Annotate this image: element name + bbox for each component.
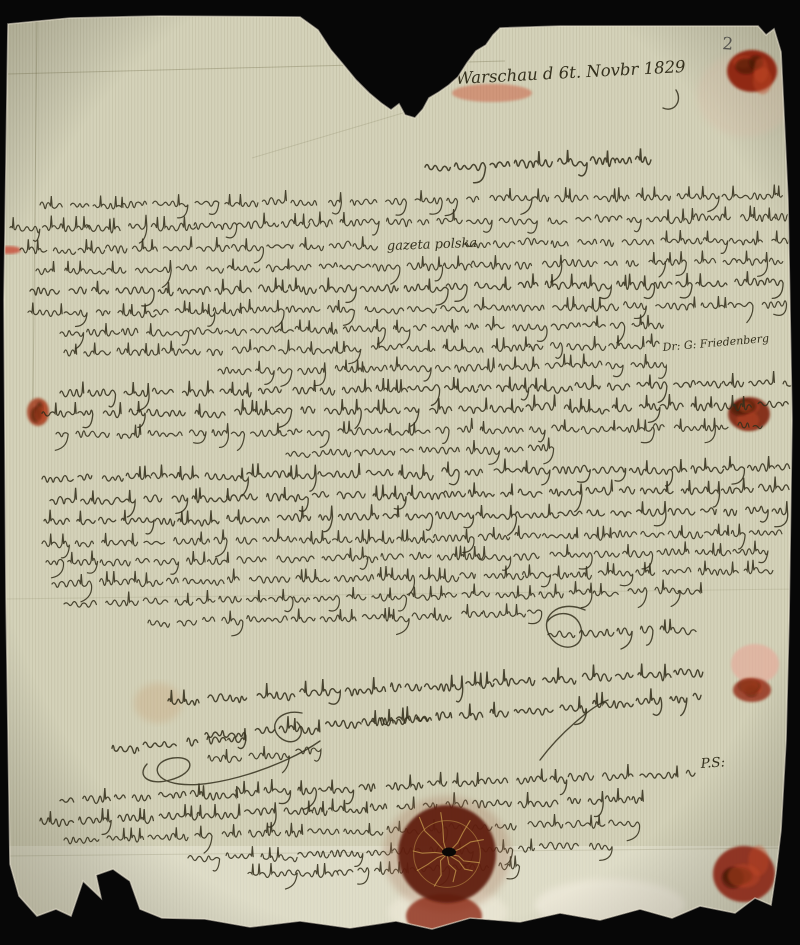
wax-seal [27, 398, 49, 426]
page-number: 2 [722, 34, 734, 55]
inline-latin-gazeta: gazeta polska [387, 236, 478, 254]
paper-stain [134, 683, 182, 723]
wax-seal [713, 846, 775, 902]
letter-photo: Warschau d 6t. Novbr 1829 gazeta polska … [0, 0, 800, 945]
seal-hole [442, 848, 456, 857]
postscript-label: P.S: [699, 754, 725, 772]
wax-seal [733, 678, 771, 702]
letter-paper: Warschau d 6t. Novbr 1829 gazeta polska … [0, 0, 800, 945]
ink-smear [731, 644, 779, 684]
paper-vignette [0, 0, 800, 945]
